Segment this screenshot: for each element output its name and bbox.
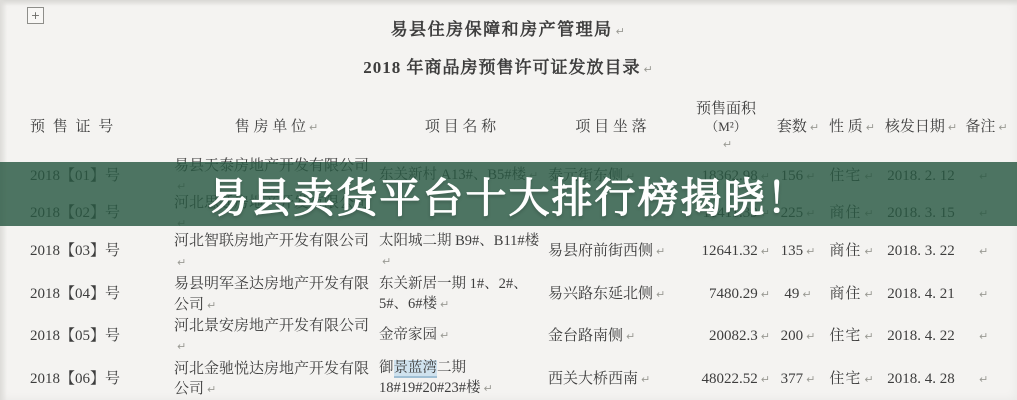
highlighted-text: 景蓝湾 (394, 360, 438, 378)
table-cell: 易县明军圣达房地产开发有限公司↵ (174, 274, 379, 315)
cell-text: 易县府前街西侧 (548, 243, 653, 259)
cell-text: 2018【06】号 (30, 371, 120, 387)
column-header: 项 目 坐 落 (542, 118, 680, 137)
return-mark: ↵ (761, 373, 770, 386)
table-cell: 377↵ (772, 369, 824, 389)
table-cell: 200↵ (772, 326, 824, 346)
return-mark: ↵ (802, 288, 811, 301)
table-cell: 2018【04】号 (26, 284, 174, 304)
return-mark: ↵ (948, 121, 957, 134)
return-mark: ↵ (761, 330, 770, 343)
return-mark: ↵ (806, 245, 815, 258)
table-cell: 东关新居一期 1#、2#、5#、6#楼↵ (379, 275, 542, 314)
return-mark: ↵ (979, 330, 988, 343)
column-header: 售 房 单 位↵ (174, 118, 379, 137)
column-header-label: 项 目 名 称 (425, 119, 496, 135)
return-mark: ↵ (761, 288, 770, 301)
return-mark: ↵ (440, 329, 449, 342)
table-cell: 住宅↵ (824, 369, 880, 389)
return-mark: ↵ (641, 373, 650, 386)
table-cell: 2018. 3. 22 (880, 241, 962, 261)
return-mark: ↵ (484, 382, 493, 395)
table-cell: 易县府前街西侧↵ (542, 241, 680, 261)
table-cell: 住宅↵ (824, 326, 880, 346)
cell-text: 住宅 (829, 328, 861, 344)
cell-text: 2018. 4. 28 (887, 371, 955, 387)
document-page: + 易县住房保障和房产管理局↵ 2018 年商品房预售许可证发放目录↵ 预 售 … (0, 0, 1017, 400)
cell-text: 48022.52 (702, 371, 758, 387)
banner-text[interactable]: 易县卖货平台十大排行榜揭晓！ (208, 165, 810, 224)
table-cell: 7480.29↵ (680, 284, 772, 304)
return-mark: ↵ (382, 255, 391, 268)
table-row: 2018【05】号河北景安房地产开发有限公司↵金帝家园↵金台路南侧↵20082.… (0, 316, 1017, 354)
table-header-row: 预 售 证 号售 房 单 位↵项 目 名 称项 目 坐 落预售面积（M²）↵套数… (0, 98, 1017, 156)
page-subtitle: 2018 年商品房预售许可证发放目录↵ (0, 53, 1017, 78)
page-title-text: 易县住房保障和房产管理局 (391, 20, 613, 39)
return-mark: ↵ (866, 121, 875, 134)
table-cell: 12641.32↵ (680, 241, 772, 261)
return-mark: ↵ (979, 245, 988, 258)
cell-text: 377 (781, 371, 804, 387)
cell-text: 西关大桥西南 (548, 371, 638, 387)
column-header-label: 项 目 坐 落 (575, 119, 646, 135)
table-cell: ↵ (962, 241, 1011, 261)
cell-text: 135 (781, 243, 804, 259)
return-mark: ↵ (761, 245, 770, 258)
column-header-label: 预 售 证 号 (30, 119, 115, 135)
table-cell: 商住↵ (824, 241, 880, 261)
cell-text: 易兴路东延北侧 (548, 286, 653, 302)
table-cell: 金台路南侧↵ (542, 326, 680, 346)
table-cell: 御景蓝湾二期 18#19#20#23#楼↵ (379, 359, 542, 398)
return-mark: ↵ (626, 330, 635, 343)
cell-text: 河北金驰悦达房地产开发有限公司 (174, 361, 369, 397)
column-header: 项 目 名 称 (379, 118, 542, 137)
table-cell: 20082.3↵ (680, 326, 772, 346)
cell-text: 2018【03】号 (30, 243, 120, 259)
return-mark: ↵ (309, 121, 318, 134)
table-cell: ↵ (962, 326, 1011, 346)
table-move-handle-icon: + (27, 7, 44, 24)
table-cell: 2018. 4. 28 (880, 369, 962, 389)
column-header-label: 核发日期 (885, 119, 945, 135)
return-mark: ↵ (806, 373, 815, 386)
return-mark: ↵ (806, 330, 815, 343)
page-subtitle-text: 2018 年商品房预售许可证发放目录 (363, 58, 640, 77)
cell-text: 2018. 3. 22 (887, 243, 955, 259)
table-cell: ↵ (962, 284, 1011, 304)
cell-text: 2018【05】号 (30, 328, 120, 344)
cell-text: 200 (781, 328, 804, 344)
table-cell: 商住↵ (824, 284, 880, 304)
cell-text: 金台路南侧 (548, 328, 623, 344)
cell-text: 2018. 4. 22 (887, 328, 955, 344)
table-move-handle-glyph: + (31, 9, 40, 22)
page-title: 易县住房保障和房产管理局↵ (0, 15, 1017, 40)
table-cell: 2018【06】号 (26, 369, 174, 389)
return-mark: ↵ (864, 373, 874, 386)
table-row: 2018【03】号河北智联房地产开发有限公司↵太阳城二期 B9#、B11#楼↵易… (0, 230, 1017, 273)
table-cell: 河北金驰悦达房地产开发有限公司↵ (174, 359, 379, 400)
cell-text: 河北智联房地产开发有限公司 (174, 233, 369, 249)
return-mark: ↵ (998, 121, 1007, 134)
table-row: 2018【04】号易县明军圣达房地产开发有限公司↵东关新居一期 1#、2#、5#… (0, 273, 1017, 316)
pre-sale-permits-table: 预 售 证 号售 房 单 位↵项 目 名 称项 目 坐 落预售面积（M²）↵套数… (0, 98, 1017, 400)
return-mark: ↵ (723, 138, 732, 151)
cell-text: 2018【04】号 (30, 286, 120, 302)
return-mark: ↵ (979, 373, 988, 386)
cell-text: 易县明军圣达房地产开发有限公司 (174, 276, 369, 312)
return-mark: ↵ (207, 299, 216, 312)
column-header: 预 售 证 号 (26, 118, 174, 137)
cell-text: 49 (784, 286, 799, 302)
column-header-label: 性 质 (829, 119, 863, 135)
overlay-banner[interactable]: 易县卖货平台十大排行榜揭晓！ (0, 162, 1017, 226)
column-header-label: 售 房 单 位 (235, 119, 306, 135)
return-mark: ↵ (616, 25, 627, 38)
cell-text: 金帝家园 (379, 327, 437, 343)
table-cell: 49↵ (772, 284, 824, 304)
table-cell: 河北智联房地产开发有限公司↵ (174, 231, 379, 272)
return-mark: ↵ (810, 121, 819, 134)
table-row: 2018【06】号河北金驰悦达房地产开发有限公司↵御景蓝湾二期 18#19#20… (0, 354, 1017, 400)
document-header: 易县住房保障和房产管理局↵ 2018 年商品房预售许可证发放目录↵ (0, 0, 1017, 78)
return-mark: ↵ (864, 288, 874, 301)
table-cell: 太阳城二期 B9#、B11#楼↵ (379, 232, 542, 271)
column-header: 备注↵ (962, 118, 1011, 137)
table-cell: 西关大桥西南↵ (542, 369, 680, 389)
table-cell: 河北景安房地产开发有限公司↵ (174, 316, 379, 357)
return-mark: ↵ (177, 256, 186, 269)
table-cell: 2018. 4. 21 (880, 284, 962, 304)
table-cell: 金帝家园↵ (379, 326, 542, 346)
column-header: 套数↵ (772, 118, 824, 137)
cell-text: 东关新居一期 1#、2#、5#、6#楼 (379, 276, 528, 312)
table-cell: 135↵ (772, 241, 824, 261)
column-header-label: 套数 (777, 119, 807, 135)
return-mark: ↵ (207, 383, 216, 396)
return-mark: ↵ (864, 245, 874, 258)
column-header-sublabel: （M²） (680, 119, 772, 135)
return-mark: ↵ (440, 298, 449, 311)
table-cell: 易兴路东延北侧↵ (542, 284, 680, 304)
cell-text: 20082.3 (709, 328, 758, 344)
table-cell: 48022.52↵ (680, 369, 772, 389)
return-mark: ↵ (177, 340, 186, 353)
return-mark: ↵ (864, 330, 874, 343)
cell-text: 太阳城二期 B9#、B11#楼 (379, 233, 539, 249)
return-mark: ↵ (656, 288, 665, 301)
cell-text: 2018. 4. 21 (887, 286, 955, 302)
table-cell: 2018【03】号 (26, 241, 174, 261)
column-header: 核发日期↵ (880, 118, 962, 137)
table-cell: 2018【05】号 (26, 326, 174, 346)
return-mark: ↵ (979, 288, 988, 301)
column-header-label: 备注 (965, 119, 995, 135)
table-cell: 2018. 4. 22 (880, 326, 962, 346)
cell-text: 商住 (829, 286, 861, 302)
cell-text: 商住 (829, 243, 861, 259)
cell-text: 河北景安房地产开发有限公司 (174, 318, 369, 334)
cell-text: 御 (379, 360, 394, 376)
column-header-label: 预售面积 (696, 101, 756, 117)
cell-text: 住宅 (829, 371, 861, 387)
table-cell: ↵ (962, 369, 1011, 389)
return-mark: ↵ (656, 245, 665, 258)
cell-text: 12641.32 (702, 243, 758, 259)
cell-text: 7480.29 (709, 286, 758, 302)
column-header: 性 质↵ (824, 118, 880, 137)
column-header: 预售面积（M²）↵ (680, 100, 772, 154)
return-mark: ↵ (644, 63, 654, 76)
